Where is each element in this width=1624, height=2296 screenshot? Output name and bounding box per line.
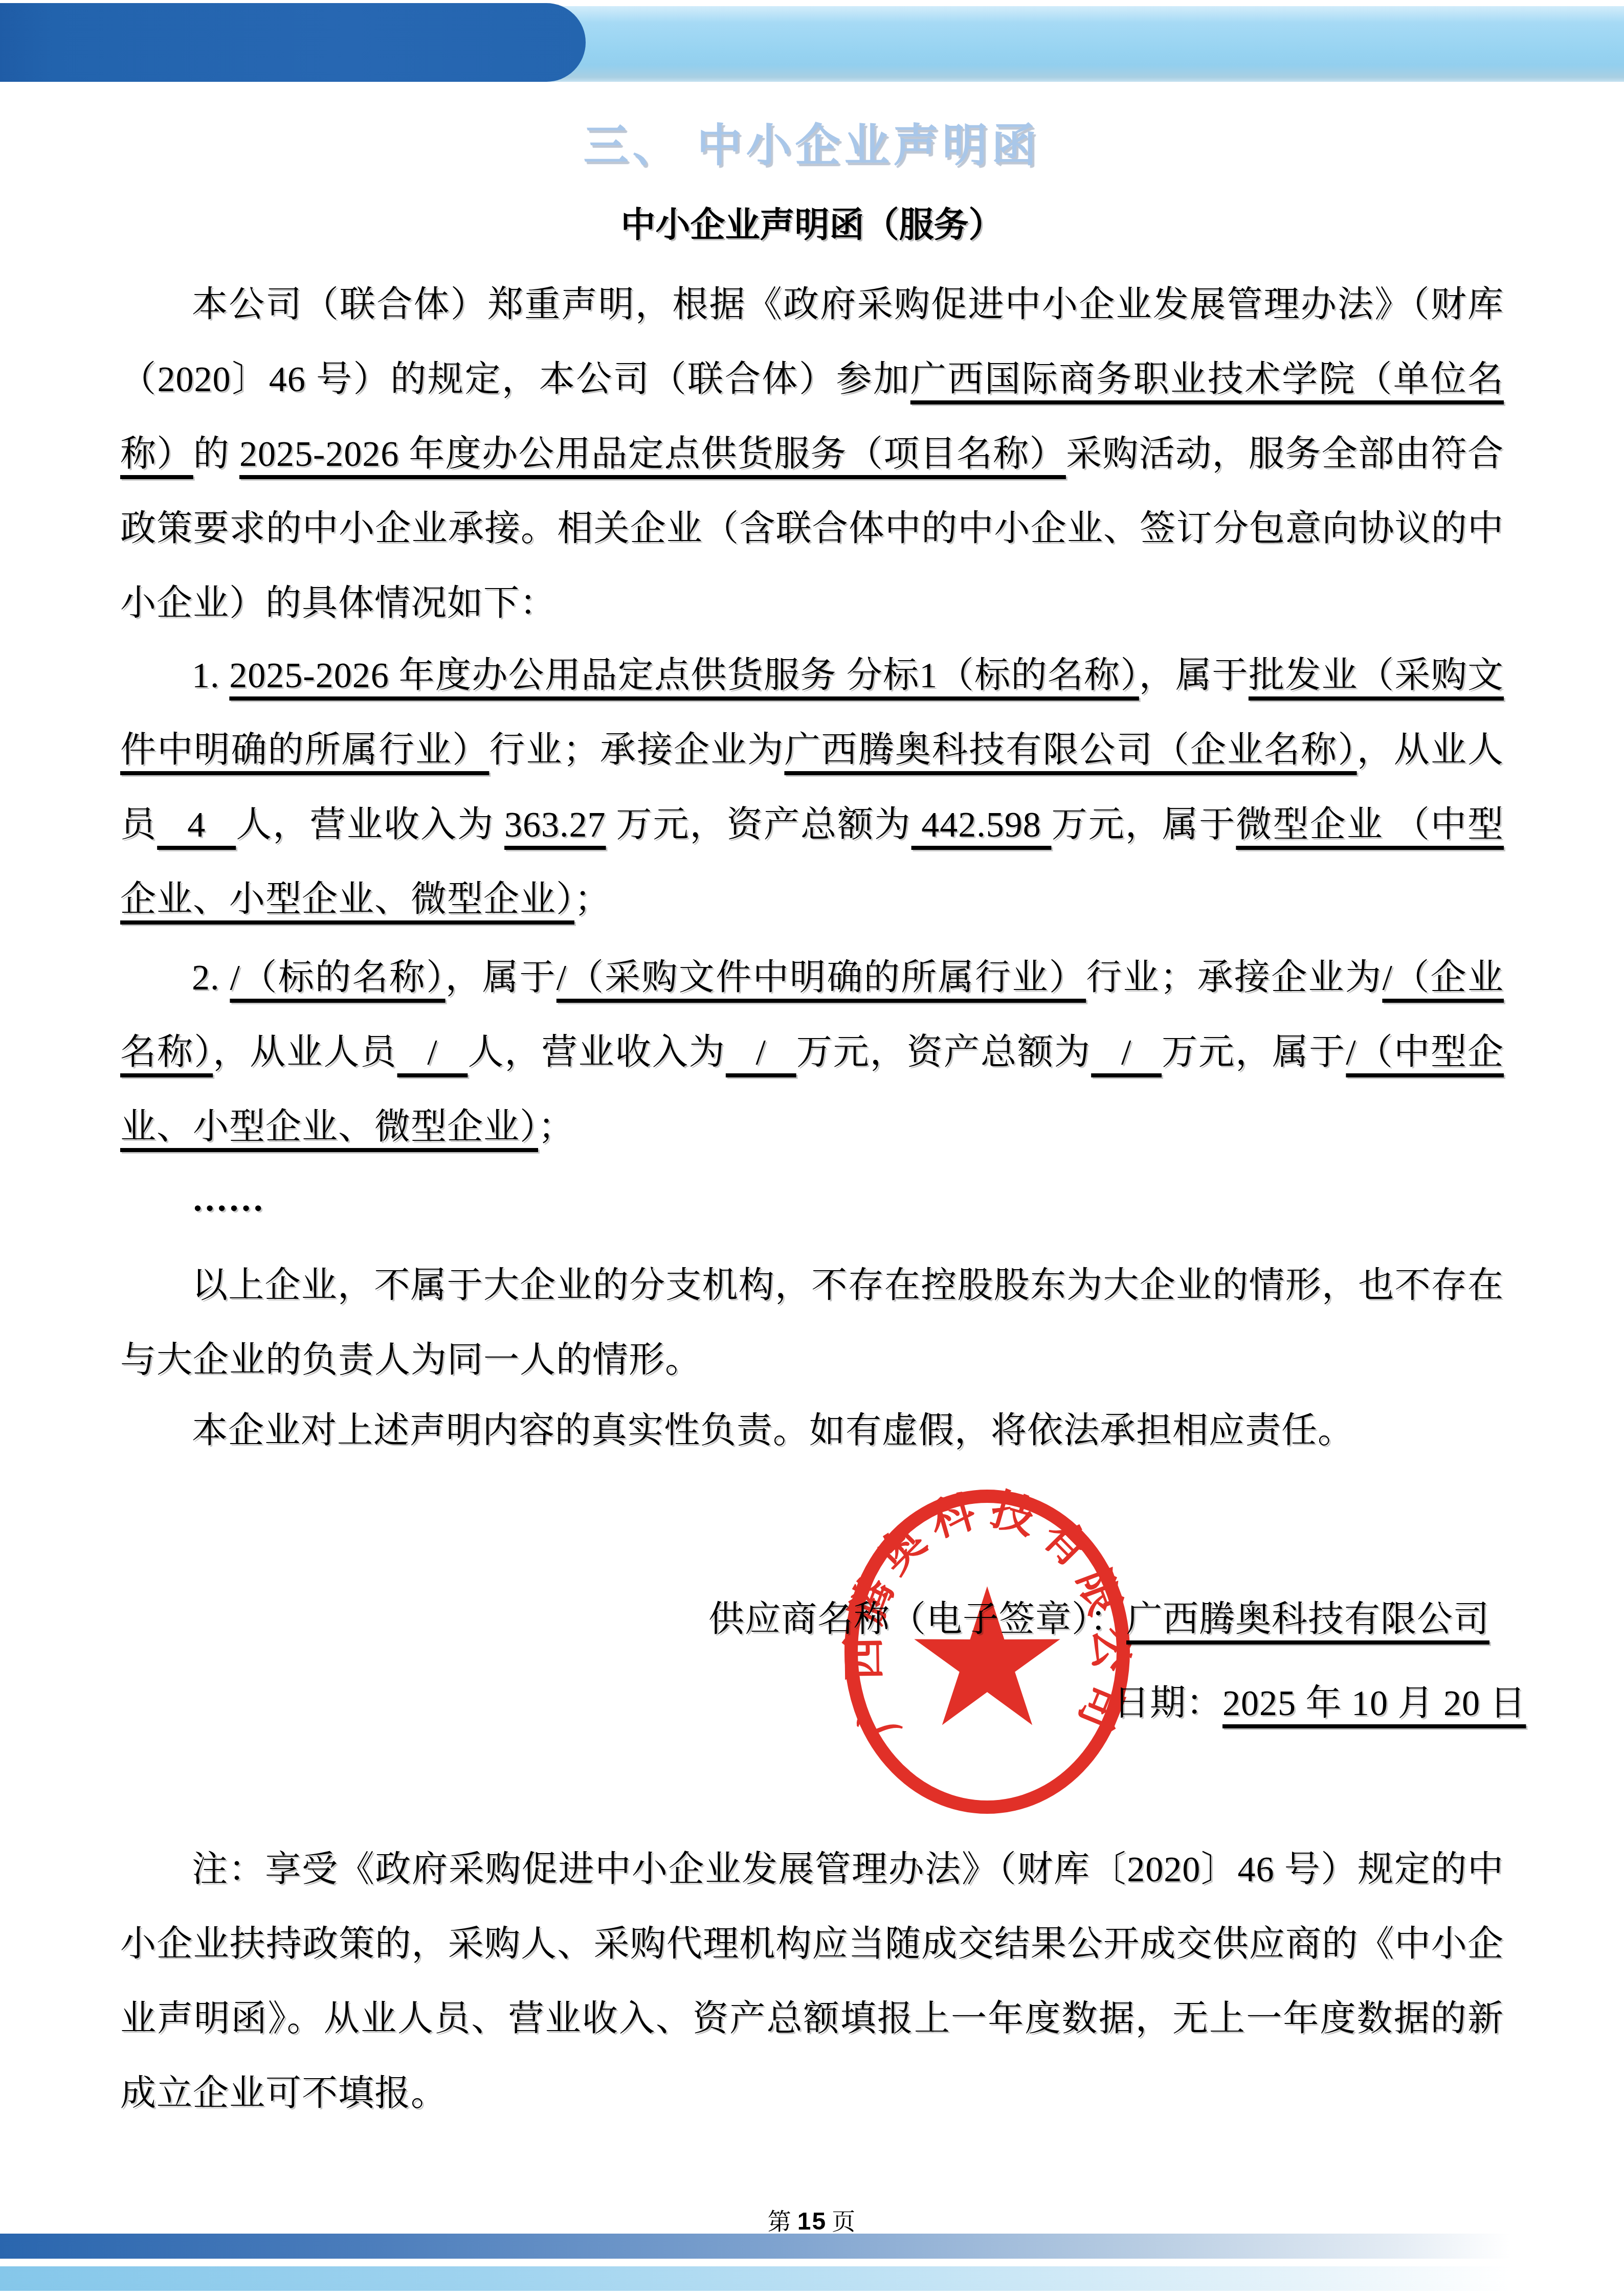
filled-blank: 2025-2026 年度办公用品定点供货服务 分标1（标的名称） <box>229 656 1139 695</box>
star-icon <box>914 1586 1060 1725</box>
date-value: 2025 年 10 月 20 日 <box>1222 1684 1526 1723</box>
header-dark-blue-block <box>0 3 586 82</box>
page-number-suffix: 页 <box>832 2209 856 2235</box>
text-run: ，属于 <box>446 958 557 998</box>
text-run: 2. <box>192 958 230 998</box>
date-line: 日期：2025 年 10 月 20 日 <box>1114 1678 1526 1729</box>
document-page: 三、 中小企业声明函 中小企业声明函（服务） 本公司（联合体）郑重声明，根据《政… <box>0 0 1624 2296</box>
text-run: ，属于 <box>1139 656 1249 695</box>
page-number-footer: 第15页 <box>0 2203 1624 2237</box>
filled-blank: 4 <box>157 805 236 845</box>
text-run: 行业；承接企业为 <box>489 731 784 770</box>
text-run: 万元，资产总额为 <box>606 805 911 845</box>
text-run: 万元，属于 <box>1162 1033 1346 1072</box>
filled-blank: /（采购文件中明确的所属行业） <box>557 958 1086 998</box>
text-run: 万元，资产总额为 <box>796 1033 1092 1072</box>
page-number-prefix: 第 <box>768 2209 792 2235</box>
filled-blank: / <box>397 1033 468 1072</box>
text-run: 1. <box>192 656 229 695</box>
paragraph-lot1-details: 1. 2025-2026 年度办公用品定点供货服务 分标1（标的名称），属于批发… <box>120 639 1504 937</box>
paragraph-declaration-intro: 本公司（联合体）郑重声明，根据《政府采购促进中小企业发展管理办法》（财库（202… <box>120 268 1504 641</box>
text-run: 人，营业收入为 <box>468 1033 725 1072</box>
document-title: 中小企业声明函（服务） <box>0 197 1624 247</box>
paragraph-not-large-enterprise: 以上企业，不属于大企业的分支机构，不存在控股股东为大企业的情形，也不存在与大企业… <box>120 1249 1504 1398</box>
text-run: ，从业人员 <box>213 1033 397 1072</box>
filled-blank: /（标的名称） <box>230 958 445 998</box>
paragraph-responsibility: 本企业对上述声明内容的真实性负责。如有虚假，将依法承担相应责任。 <box>120 1394 1504 1469</box>
filled-blank: / <box>1091 1033 1162 1072</box>
filled-blank: 442.598 <box>911 805 1052 845</box>
text-run: 行业；承接企业为 <box>1086 958 1382 998</box>
paragraph-note: 注：享受《政府采购促进中小企业发展管理办法》（财库〔2020〕46 号）规定的中… <box>120 1833 1504 2131</box>
page-number: 15 <box>797 2208 827 2235</box>
text-run: 以上企业，不属于大企业的分支机构，不存在控股股东为大企业的情形，也不存在与大企业… <box>120 1266 1504 1380</box>
section-title: 三、 中小企业声明函 <box>0 109 1624 174</box>
text-run: 万元，属于 <box>1051 805 1236 845</box>
text-run: 注：享受《政府采购促进中小企业发展管理办法》（财库〔2020〕46 号）规定的中… <box>120 1850 1504 2113</box>
text-run: 人，营业收入为 <box>236 805 504 845</box>
paragraph-lot2-details: 2. /（标的名称），属于/（采购文件中明确的所属行业）行业；承接企业为/（企业… <box>120 941 1504 1165</box>
company-seal: 广西腾奥科技有限公司 <box>838 1483 1137 1820</box>
text-run: ； <box>574 880 611 919</box>
paragraph-ellipsis: …… <box>120 1162 1504 1237</box>
text-run: 的 <box>193 435 239 474</box>
filled-blank: / <box>726 1033 796 1072</box>
filled-blank: 广西腾奥科技有限公司（企业名称） <box>784 731 1356 770</box>
supplier-name-value: 广西腾奥科技有限公司 <box>1126 1600 1489 1639</box>
text-run: ； <box>538 1108 574 1147</box>
footer-blue-gradient-bar <box>0 2234 1624 2259</box>
filled-blank: 2025-2026 年度办公用品定点供货服务（项目名称） <box>239 435 1066 474</box>
footer-lightblue-gradient-bar <box>0 2266 1624 2291</box>
filled-blank: 363.27 <box>504 805 606 845</box>
text-run: …… <box>192 1180 264 1219</box>
text-run: 本企业对上述声明内容的真实性负责。如有虚假，将依法承担相应责任。 <box>192 1411 1354 1451</box>
